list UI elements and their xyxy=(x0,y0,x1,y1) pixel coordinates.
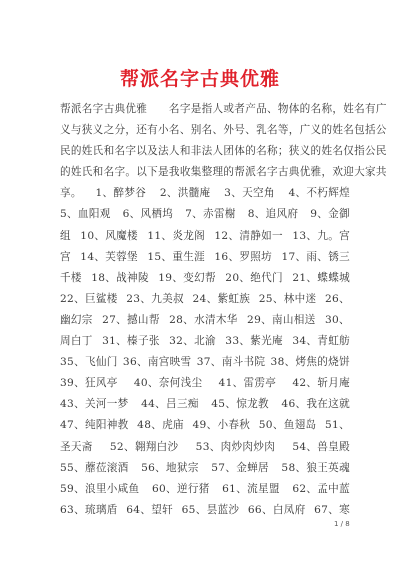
list-line: 63、琉璃盾64、望轩65、昙蓝沙66、白凤府67、寒 xyxy=(60,500,350,521)
list-line: 22、巨鲨楼23、九美叔24、紫虹族25、林中迷26、 xyxy=(60,289,350,310)
gang-name-item: 21、蝶蝶城 xyxy=(292,268,350,289)
gang-name-item: 11、炎龙阁 xyxy=(147,226,205,247)
intro-line: 的姓氏和名字。以下是我收集整理的帮派名字古典优雅，欢迎大家共 xyxy=(60,162,350,183)
gang-name-item: 28、水清木华 xyxy=(169,310,238,331)
gang-name-item: 组 xyxy=(60,226,71,247)
gang-name-item: 58、狼王英魂 xyxy=(281,458,350,479)
gang-name-item: 36、南宫映雪 xyxy=(123,352,192,373)
gang-name-item: 9、金御 xyxy=(310,204,350,225)
gang-name-item: 44、吕三痴 xyxy=(141,394,199,415)
gang-name-item: 46、我在这就 xyxy=(281,394,350,415)
gang-name-item: 40、奈何浅尘 xyxy=(134,373,203,394)
list-line: 千楼18、战神陵19、变幻帮20、绝代门21、蝶蝶城 xyxy=(60,268,350,289)
list-line: 周白丁31、榛子张32、北渝33、紫光庵34、青虹舫 xyxy=(60,331,350,352)
gang-name-item: 51、 xyxy=(325,415,350,436)
gang-name-item: 48、虎庙 xyxy=(137,415,184,436)
gang-name-item: 周白丁 xyxy=(60,331,93,352)
gang-name-item: 63、琉璃盾 xyxy=(60,500,118,521)
gang-name-item: 47、纯阳神教 xyxy=(60,415,129,436)
gang-name-item: 35、飞仙门 xyxy=(60,352,118,373)
gang-name-item: 13、九。宫 xyxy=(292,226,350,247)
list-line: 幽幻宗27、撼山帮28、水清木华29、南山相送30、 xyxy=(60,310,350,331)
gang-name-item: 45、惊龙教 xyxy=(211,394,269,415)
gang-name-item: 34、青虹舫 xyxy=(292,331,350,352)
gang-name-item: 24、紫虹族 xyxy=(193,289,251,310)
gang-name-item: 37、南斗书院 xyxy=(197,352,266,373)
list-line: 35、飞仙门36、南宫映雪37、南斗书院38、烤焦的烧饼 xyxy=(60,352,350,373)
gang-name-item: 15、重生涯 xyxy=(147,247,205,268)
gang-name-item: 30、 xyxy=(325,310,350,331)
document-body: 帮派名字古典优雅 名字是指人或者产品、物体的名称，姓名有广 义与狭义之分，还有小… xyxy=(60,99,350,521)
list-line: 享。1、醉梦谷2、洪髓庵3、天空角4、不朽辉煌 xyxy=(60,183,350,204)
gang-name-item: 14、芙蓉堡 xyxy=(80,247,138,268)
gang-name-item: 5、血阳观 xyxy=(60,204,111,225)
gang-name-item: 12、清静如一 xyxy=(214,226,283,247)
list-line: 5、血阳观6、风栖坞7、赤雷榭8、追风府9、金御 xyxy=(60,204,350,225)
gang-name-item: 43、关河一梦 xyxy=(60,394,129,415)
gang-name-item: 29、南山相送 xyxy=(247,310,316,331)
gang-name-item: 7、赤雷榭 xyxy=(185,204,236,225)
gang-name-item: 3、天空角 xyxy=(224,183,275,204)
list-line: 43、关河一梦44、吕三痴45、惊龙教46、我在这就 xyxy=(60,394,350,415)
gang-name-item: 52、翱翔白沙 xyxy=(110,437,179,458)
list-line: 55、蘼莅滚酒56、地狱宗57、金蝉居58、狼王英魂 xyxy=(60,458,350,479)
document-page: 帮派名字古典优雅 帮派名字古典优雅 名字是指人或者产品、物体的名称，姓名有广 义… xyxy=(0,0,400,566)
gang-name-item: 65、昙蓝沙 xyxy=(182,500,240,521)
list-line: 组10、风魔楼11、炎龙阁12、清静如一13、九。宫 xyxy=(60,226,350,247)
gang-name-item: 32、北渝 xyxy=(169,331,216,352)
gang-name-item: 26、 xyxy=(325,289,350,310)
gang-name-item: 27、撼山帮 xyxy=(102,310,160,331)
gang-name-item: 25、林中迷 xyxy=(259,289,317,310)
list-line: 39、狂风亭40、奈何浅尘41、雷雳亭42、斩月庵 xyxy=(60,373,350,394)
gang-name-item: 18、战神陵 xyxy=(91,268,149,289)
gang-name-item: 57、金蝉居 xyxy=(211,458,269,479)
list-line: 59、浪里小咸鱼60、逆行猪61、流星盟62、孟中蓝 xyxy=(60,479,350,500)
gang-name-item: 62、孟中蓝 xyxy=(292,479,350,500)
gang-name-item: 33、紫光庵 xyxy=(225,331,283,352)
gang-name-item: 38、烤焦的烧饼 xyxy=(271,352,350,373)
gang-name-item: 61、流星盟 xyxy=(222,479,280,500)
gang-name-item: 50、鱼翅岛 xyxy=(259,415,317,436)
gang-name-item: 19、变幻帮 xyxy=(158,268,216,289)
intro-line: 义与狭义之分，还有小名、别名、外号、乳名等，广义的姓名包括公 xyxy=(60,120,350,141)
gang-name-item: 23、九美叔 xyxy=(126,289,184,310)
intro-line: 民的姓氏和名字以及法人和非法人团体的名称；狭义的姓名仅指公民 xyxy=(60,141,350,162)
gang-name-item: 1、醉梦谷 xyxy=(96,183,147,204)
list-line: 宫14、芙蓉堡15、重生涯16、罗照坊17、雨、锈三 xyxy=(60,247,350,268)
intro-line: 帮派名字古典优雅 名字是指人或者产品、物体的名称，姓名有广 xyxy=(60,99,350,120)
gang-name-item: 4、不朽辉煌 xyxy=(288,183,350,204)
gang-name-item: 67、寒 xyxy=(314,500,350,521)
gang-name-item: 圣天斋 xyxy=(60,437,93,458)
gang-name-item: 2、洪髓庵 xyxy=(160,183,211,204)
gang-name-item: 幽幻宗 xyxy=(60,310,93,331)
gang-name-item: 享。 xyxy=(60,183,82,204)
gang-name-item: 31、榛子张 xyxy=(102,331,160,352)
gang-name-item: 64、望轩 xyxy=(126,500,173,521)
gang-name-item: 49、小春秋 xyxy=(193,415,251,436)
gang-name-item: 59、浪里小咸鱼 xyxy=(60,479,139,500)
gang-name-item: 8、追风府 xyxy=(248,204,299,225)
gang-name-item: 66、白凤府 xyxy=(248,500,306,521)
list-line: 圣天斋52、翱翔白沙53、肉炒肉炒肉54、兽皇殿 xyxy=(60,437,350,458)
document-title: 帮派名字古典优雅 xyxy=(0,64,400,91)
gang-name-item: 55、蘼莅滚酒 xyxy=(60,458,129,479)
gang-name-item: 16、罗照坊 xyxy=(214,247,272,268)
gang-name-item: 6、风栖坞 xyxy=(123,204,174,225)
gang-name-item: 17、雨、锈三 xyxy=(281,247,350,268)
gang-name-item: 20、绝代门 xyxy=(225,268,283,289)
gang-name-item: 42、斩月庵 xyxy=(292,373,350,394)
gang-name-item: 60、逆行猪 xyxy=(152,479,210,500)
list-line: 47、纯阳神教48、虎庙49、小春秋50、鱼翅岛51、 xyxy=(60,415,350,436)
gang-name-item: 宫 xyxy=(60,247,71,268)
gang-name-item: 22、巨鲨楼 xyxy=(60,289,118,310)
page-number: 1 / 8 xyxy=(334,520,350,528)
gang-name-item: 53、肉炒肉炒肉 xyxy=(196,437,275,458)
gang-name-item: 千楼 xyxy=(60,268,82,289)
gang-name-item: 56、地狱宗 xyxy=(141,458,199,479)
gang-name-item: 54、兽皇殿 xyxy=(292,437,350,458)
gang-name-item: 10、风魔楼 xyxy=(80,226,138,247)
gang-name-item: 39、狂风亭 xyxy=(60,373,118,394)
gang-name-item: 41、雷雳亭 xyxy=(219,373,277,394)
gang-name-list: 享。1、醉梦谷2、洪髓庵3、天空角4、不朽辉煌5、血阳观6、风栖坞7、赤雷榭8、… xyxy=(60,183,350,521)
